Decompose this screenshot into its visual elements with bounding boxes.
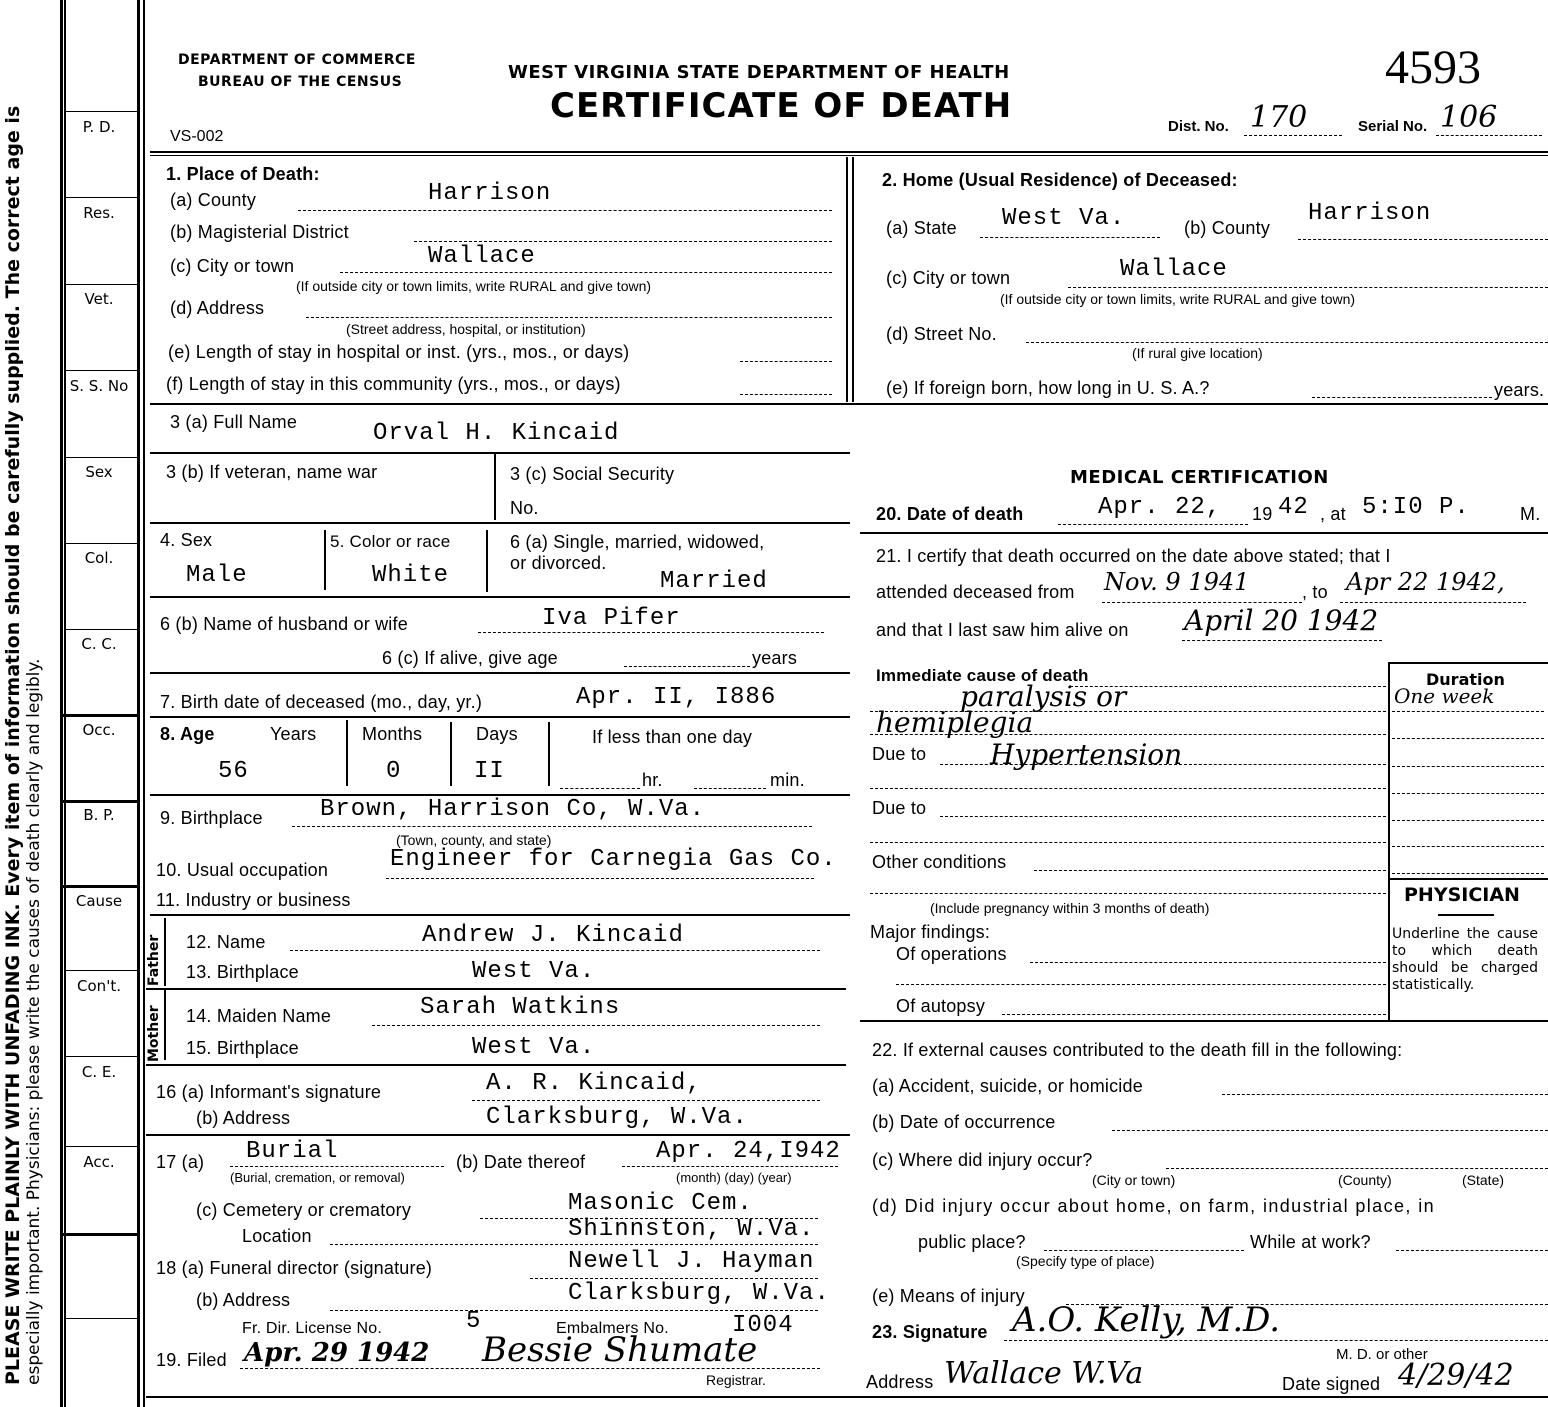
- dept-commerce: DEPARTMENT OF COMMERCE: [178, 52, 416, 68]
- director-label: 18 (a) Funeral director (signature): [156, 1258, 432, 1279]
- due-to-2-label: Due to: [872, 798, 926, 819]
- years-value[interactable]: 56: [218, 758, 249, 785]
- director-address-label: (b) Address: [196, 1290, 290, 1311]
- res-street-note: (If rural give location): [1132, 345, 1263, 361]
- place-of-death-heading: 1. Place of Death:: [166, 164, 320, 185]
- pod-city-label: (c) City or town: [170, 256, 294, 277]
- medical-heading: MEDICAL CERTIFICATION: [1070, 467, 1329, 488]
- mother-tag: Mother: [146, 1005, 162, 1062]
- did-injury-label: (d) Did injury occur about home, on farm…: [872, 1196, 1435, 1217]
- burial-date-label: (b) Date thereof: [456, 1152, 585, 1173]
- death-time-suffix: M.: [1520, 504, 1540, 525]
- major-label: Major findings:: [870, 922, 990, 943]
- father-tag: Father: [146, 935, 162, 986]
- side-code-cause: Cause: [62, 892, 136, 910]
- months-label: Months: [362, 724, 422, 745]
- last-seen-label: and that I last saw him alive on: [876, 620, 1129, 641]
- father-name-value[interactable]: Andrew J. Kincaid: [422, 922, 684, 949]
- spouse-value[interactable]: Iva Pifer: [542, 605, 681, 632]
- signature-address-label: Address: [866, 1372, 933, 1393]
- signature-label: 23. Signature: [872, 1322, 988, 1343]
- death-time-label: , at: [1320, 504, 1346, 525]
- race-value[interactable]: White: [372, 562, 449, 589]
- father-birthplace-label: 13. Birthplace: [186, 962, 299, 983]
- side-code-pd: P. D.: [62, 118, 136, 136]
- marital-value[interactable]: Married: [660, 568, 768, 595]
- page-title: CERTIFICATE OF DEATH: [550, 86, 1012, 126]
- spouse-label: 6 (b) Name of husband or wife: [160, 614, 408, 635]
- form-code: VS-002: [170, 128, 223, 146]
- res-county-label: (b) County: [1184, 218, 1270, 239]
- res-city-label: (c) City or town: [886, 268, 1010, 289]
- other-label: Other conditions: [872, 852, 1006, 873]
- sex-label: 4. Sex: [160, 530, 212, 551]
- pod-stay-hospital-label: (e) Length of stay in hospital or inst. …: [168, 342, 629, 363]
- physician-note: Underline the cause to which death shoul…: [1392, 926, 1538, 994]
- years-label: Years: [270, 724, 316, 745]
- public-place-label: public place?: [918, 1232, 1026, 1253]
- side-code-sex: Sex: [62, 463, 136, 481]
- where-note-city: (City or town): [1092, 1172, 1175, 1188]
- days-label: Days: [476, 724, 518, 745]
- hr-label: hr.: [642, 770, 663, 791]
- side-column-border-right-inner: [143, 0, 145, 1407]
- license-value[interactable]: 5: [466, 1308, 481, 1335]
- father-birthplace-value[interactable]: West Va.: [472, 958, 595, 985]
- side-code-bp: B. P.: [62, 806, 136, 824]
- burial-type-note: (Burial, cremation, or removal): [230, 1170, 405, 1185]
- informant-address-value[interactable]: Clarksburg, W.Va.: [486, 1104, 748, 1131]
- pod-stay-community-label: (f) Length of stay in this community (yr…: [166, 374, 621, 395]
- days-value[interactable]: II: [474, 758, 505, 785]
- pod-city-value[interactable]: Wallace: [428, 243, 536, 270]
- pod-county-value[interactable]: Harrison: [428, 180, 551, 207]
- mother-name-label: 14. Maiden Name: [186, 1006, 331, 1027]
- industry-label: 11. Industry or business: [156, 890, 351, 911]
- dist-value[interactable]: 170: [1250, 100, 1307, 135]
- where-note-state: (State): [1462, 1172, 1504, 1188]
- res-foreign-suffix: years.: [1494, 380, 1544, 401]
- mother-name-value[interactable]: Sarah Watkins: [420, 994, 620, 1021]
- public-place-note: (Specify type of place): [1016, 1253, 1155, 1269]
- director-address-value[interactable]: Clarksburg, W.Va.: [568, 1280, 830, 1307]
- mother-birthplace-label: 15. Birthplace: [186, 1038, 299, 1059]
- ss-no-label: No.: [510, 498, 539, 519]
- age-label: 8. Age: [160, 724, 215, 745]
- autopsy-label: Of autopsy: [896, 996, 985, 1017]
- director-value[interactable]: Newell J. Hayman: [568, 1248, 814, 1275]
- location-value[interactable]: Shinnston, W.Va.: [568, 1216, 814, 1243]
- min-label: min.: [770, 770, 805, 791]
- date-signed-label: Date signed: [1282, 1374, 1380, 1395]
- registrar-signature[interactable]: Bessie Shumate: [482, 1330, 757, 1370]
- ss-label: 3 (c) Social Security: [510, 464, 674, 485]
- father-name-label: 12. Name: [186, 932, 266, 953]
- birthplace-value[interactable]: Brown, Harrison Co, W.Va.: [320, 796, 705, 823]
- duration-value[interactable]: One week: [1394, 684, 1494, 708]
- less-day-label: If less than one day: [592, 727, 752, 748]
- certificate-number: 4593: [1385, 40, 1481, 95]
- side-code-acc: Acc.: [62, 1153, 136, 1171]
- due-to-1-label: Due to: [872, 744, 926, 765]
- marital-label-1: 6 (a) Single, married, widowed,: [510, 532, 764, 553]
- certify-line1: 21. I certify that death occurred on the…: [876, 546, 1391, 567]
- mother-birthplace-value[interactable]: West Va.: [472, 1034, 595, 1061]
- side-code-cc: C. C.: [62, 635, 136, 653]
- bureau-census: BUREAU OF THE CENSUS: [198, 74, 402, 90]
- pod-address-note: (Street address, hospital, or institutio…: [346, 321, 586, 337]
- burial-type-label: 17 (a): [156, 1152, 204, 1173]
- signature-address-value[interactable]: Wallace W.Va: [944, 1356, 1143, 1391]
- side-code-ce: C. E.: [62, 1063, 136, 1081]
- pregnancy-note: (Include pregnancy within 3 months of de…: [930, 900, 1209, 916]
- physician-heading: PHYSICIAN: [1404, 884, 1520, 906]
- full-name-label: 3 (a) Full Name: [170, 412, 297, 433]
- license-label: Fr. Dir. License No.: [242, 1320, 382, 1338]
- side-code-occ: Occ.: [62, 721, 136, 739]
- pod-city-note: (If outside city or town limits, write R…: [296, 278, 651, 294]
- side-code-res: Res.: [62, 204, 136, 222]
- res-city-value[interactable]: Wallace: [1120, 256, 1228, 283]
- side-column-border-right: [137, 0, 140, 1407]
- last-seen-value[interactable]: April 20 1942: [1184, 604, 1378, 637]
- death-date-label: 20. Date of death: [876, 504, 1023, 525]
- residence-heading: 2. Home (Usual Residence) of Deceased:: [882, 170, 1238, 191]
- location-label: Location: [242, 1226, 312, 1247]
- pod-address-label: (d) Address: [170, 298, 264, 319]
- cemetery-value[interactable]: Masonic Cem.: [568, 1190, 753, 1217]
- veteran-label: 3 (b) If veteran, name war: [166, 462, 377, 483]
- birth-label: 7. Birth date of deceased (mo., day, yr.…: [160, 692, 482, 713]
- burial-date-note: (month) (day) (year): [676, 1170, 792, 1185]
- informant-sig-value[interactable]: A. R. Kincaid,: [486, 1070, 702, 1097]
- spouse-age-suffix: years: [752, 648, 797, 669]
- birthplace-label: 9. Birthplace: [160, 808, 263, 829]
- months-value[interactable]: 0: [386, 758, 401, 785]
- agency-name: WEST VIRGINIA STATE DEPARTMENT OF HEALTH: [508, 62, 1010, 83]
- due-to-1-value[interactable]: Hypertension: [990, 738, 1182, 771]
- registrar-label: Registrar.: [706, 1372, 766, 1388]
- burial-date-value[interactable]: Apr. 24,I942: [656, 1138, 841, 1165]
- margin-instruction-line1: PLEASE WRITE PLAINLY WITH UNFADING INK. …: [2, 106, 24, 1385]
- death-date-value[interactable]: Apr. 22,: [1098, 494, 1221, 521]
- signature-value[interactable]: A.O. Kelly, M.D.: [1012, 1300, 1280, 1340]
- means-label: (e) Means of injury: [872, 1286, 1025, 1307]
- occurrence-date-label: (b) Date of occurrence: [872, 1112, 1055, 1133]
- death-year-prefix: 19: [1252, 504, 1272, 525]
- work-label: While at work?: [1250, 1232, 1371, 1253]
- where-label: (c) Where did injury occur?: [872, 1150, 1092, 1171]
- occupation-value[interactable]: Engineer for Carnegia Gas Co.: [390, 846, 837, 873]
- res-city-note: (If outside city or town limits, write R…: [1000, 291, 1355, 307]
- filed-label: 19. Filed: [156, 1350, 227, 1371]
- occupation-label: 10. Usual occupation: [156, 860, 328, 881]
- res-county-value[interactable]: Harrison: [1308, 200, 1431, 227]
- death-time-value[interactable]: 5:I0 P.: [1362, 494, 1470, 521]
- margin-instruction-line2: especially important. Physicians: please…: [24, 106, 44, 1385]
- attended-label: attended deceased from: [876, 582, 1075, 603]
- res-foreign-label: (e) If foreign born, how long in U. S. A…: [886, 378, 1210, 399]
- res-state-label: (a) State: [886, 218, 957, 239]
- external-heading: 22. If external causes contributed to th…: [872, 1040, 1402, 1061]
- dist-label: Dist. No.: [1168, 118, 1229, 135]
- operations-label: Of operations: [896, 944, 1007, 965]
- side-code-ssno: S. S. No: [62, 377, 136, 395]
- full-name-value[interactable]: Orval H. Kincaid: [373, 420, 619, 447]
- spouse-age-label: 6 (c) If alive, give age: [382, 648, 558, 669]
- pod-district-label: (b) Magisterial District: [170, 222, 349, 243]
- side-code-vet: Vet.: [62, 290, 136, 308]
- death-year-value[interactable]: 42: [1278, 494, 1309, 521]
- res-state-value[interactable]: West Va.: [1002, 205, 1125, 232]
- serial-value[interactable]: 106: [1440, 100, 1497, 135]
- res-street-label: (d) Street No.: [886, 324, 997, 345]
- attended-to-label: , to: [1302, 582, 1328, 603]
- filed-value[interactable]: Apr. 29 1942: [244, 1338, 429, 1368]
- attended-to[interactable]: Apr 22 1942,: [1346, 568, 1505, 596]
- cemetery-label: (c) Cemetery or crematory: [196, 1200, 411, 1221]
- side-code-col: Col.: [62, 549, 136, 567]
- informant-sig-label: 16 (a) Informant's signature: [156, 1082, 381, 1103]
- birth-value[interactable]: Apr. II, I886: [576, 684, 776, 711]
- burial-type-value[interactable]: Burial: [246, 1138, 338, 1165]
- serial-label: Serial No.: [1358, 118, 1427, 135]
- margin-instructions: PLEASE WRITE PLAINLY WITH UNFADING INK. …: [2, 106, 44, 1385]
- informant-address-label: (b) Address: [196, 1108, 290, 1129]
- race-label: 5. Color or race: [330, 532, 450, 552]
- marital-label-2: or divorced.: [510, 553, 606, 574]
- pod-county-label: (a) County: [170, 190, 256, 211]
- date-signed-value[interactable]: 4/29/42: [1398, 1358, 1514, 1393]
- side-code-cont: Con't.: [62, 977, 136, 995]
- where-note-county: (County): [1338, 1172, 1392, 1188]
- sex-value[interactable]: Male: [186, 562, 248, 589]
- accident-label: (a) Accident, suicide, or homicide: [872, 1076, 1143, 1097]
- attended-from[interactable]: Nov. 9 1941: [1104, 568, 1249, 596]
